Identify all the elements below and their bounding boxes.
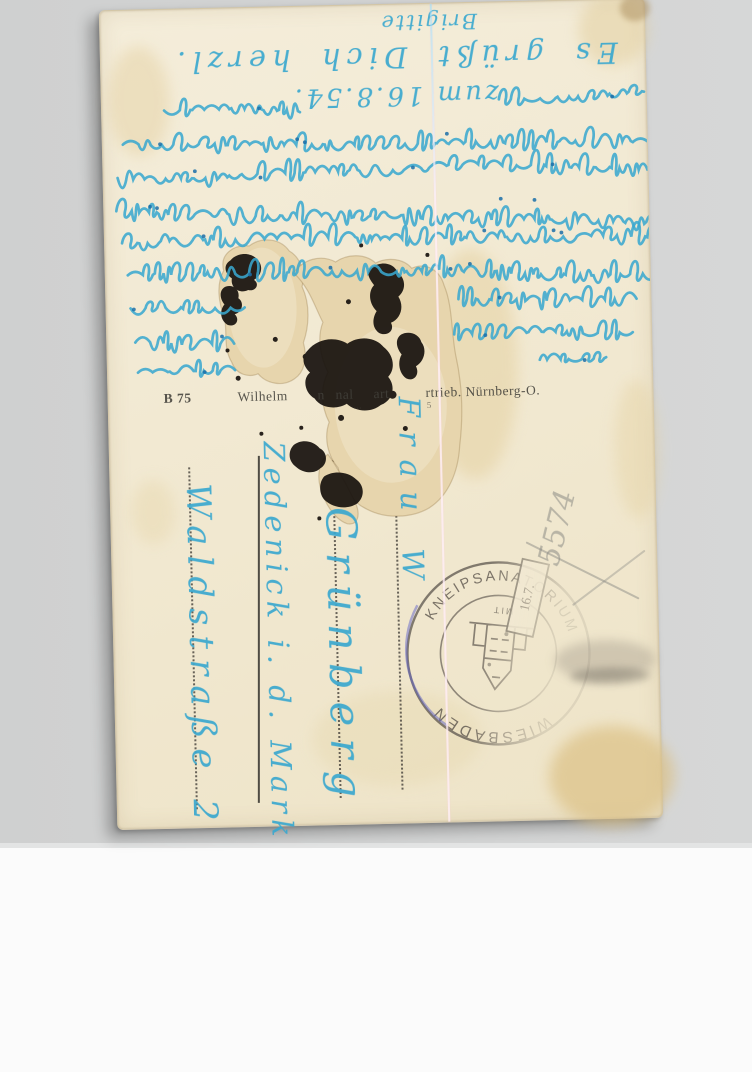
- ink-dot: [202, 234, 206, 238]
- paper-stain: [130, 480, 175, 545]
- publisher-sub-fragment: 5: [427, 400, 433, 410]
- publisher-fragment: Wilhelm: [237, 388, 288, 405]
- publisher-imprint: B 75 Wilhelm n nal art rtrieb. Nürnberg-…: [100, 0, 644, 11]
- ink-dot: [295, 137, 299, 141]
- message-greeting: Es grüßt Dich herzl.: [188, 36, 619, 80]
- message-date: zum 16.8.54.: [293, 78, 499, 113]
- ink-dot: [193, 169, 197, 173]
- ink-dot: [559, 231, 563, 235]
- address-line-name: Grünberg: [316, 506, 372, 837]
- ink-dot: [482, 229, 486, 233]
- publisher-fragment: n: [317, 387, 325, 403]
- message-squiggle-line: [540, 352, 607, 363]
- ink-dot: [248, 273, 252, 277]
- scan-background: WIESBADEN KNEIPSANATORIUM MIT 16.7.: [0, 0, 752, 1072]
- ink-dot: [533, 198, 537, 202]
- ink-dot: [499, 197, 503, 201]
- address-line-town: Zedenick i. d. Mark: [257, 441, 300, 842]
- ink-dot: [583, 358, 587, 362]
- message-squiggle-line: [123, 122, 657, 159]
- scan-white-strip: [0, 843, 752, 1072]
- ink-dot: [610, 95, 614, 99]
- publisher-fragment: art: [373, 386, 389, 402]
- address-line-recipient: Frau W: [391, 396, 431, 607]
- message-squiggle-line: [138, 359, 235, 378]
- message-squiggle-line: [164, 96, 300, 121]
- paper-stain: [107, 46, 171, 157]
- message-squiggle-line: [117, 147, 662, 189]
- ink-dot: [445, 132, 449, 136]
- ink-dot: [411, 166, 415, 170]
- ink-dot: [203, 370, 207, 374]
- message-squiggle-line: [135, 330, 234, 353]
- message-squiggle-line: [499, 85, 645, 106]
- publisher-sub-fragment: …: [353, 400, 363, 410]
- postcard: WIESBADEN KNEIPSANATORIUM MIT 16.7.: [99, 0, 663, 830]
- ink-dot: [132, 308, 136, 312]
- publisher-fragment: nal: [335, 387, 353, 403]
- message-squiggle-line: [130, 299, 244, 315]
- ink-dot: [220, 335, 224, 339]
- ink-dot: [329, 266, 333, 270]
- publisher-fragment: B 75: [163, 390, 191, 407]
- message-squiggle-line: [127, 250, 658, 294]
- paper-stain: [613, 379, 661, 520]
- message-signature: Brigitte: [377, 9, 478, 35]
- ink-dot: [552, 228, 556, 232]
- message-squiggle-line: [116, 187, 662, 242]
- address-line-street: Waldstraße 2: [178, 483, 226, 834]
- ink-dot: [551, 162, 555, 166]
- message-squiggle-line: [122, 216, 658, 256]
- ink-dot: [155, 206, 159, 210]
- ink-dot: [303, 140, 307, 144]
- ink-dot: [148, 205, 152, 209]
- publisher-fragment: rtrieb. Nürnberg-O.: [425, 382, 540, 401]
- ink-dot: [257, 106, 261, 110]
- ink-dot: [259, 176, 263, 180]
